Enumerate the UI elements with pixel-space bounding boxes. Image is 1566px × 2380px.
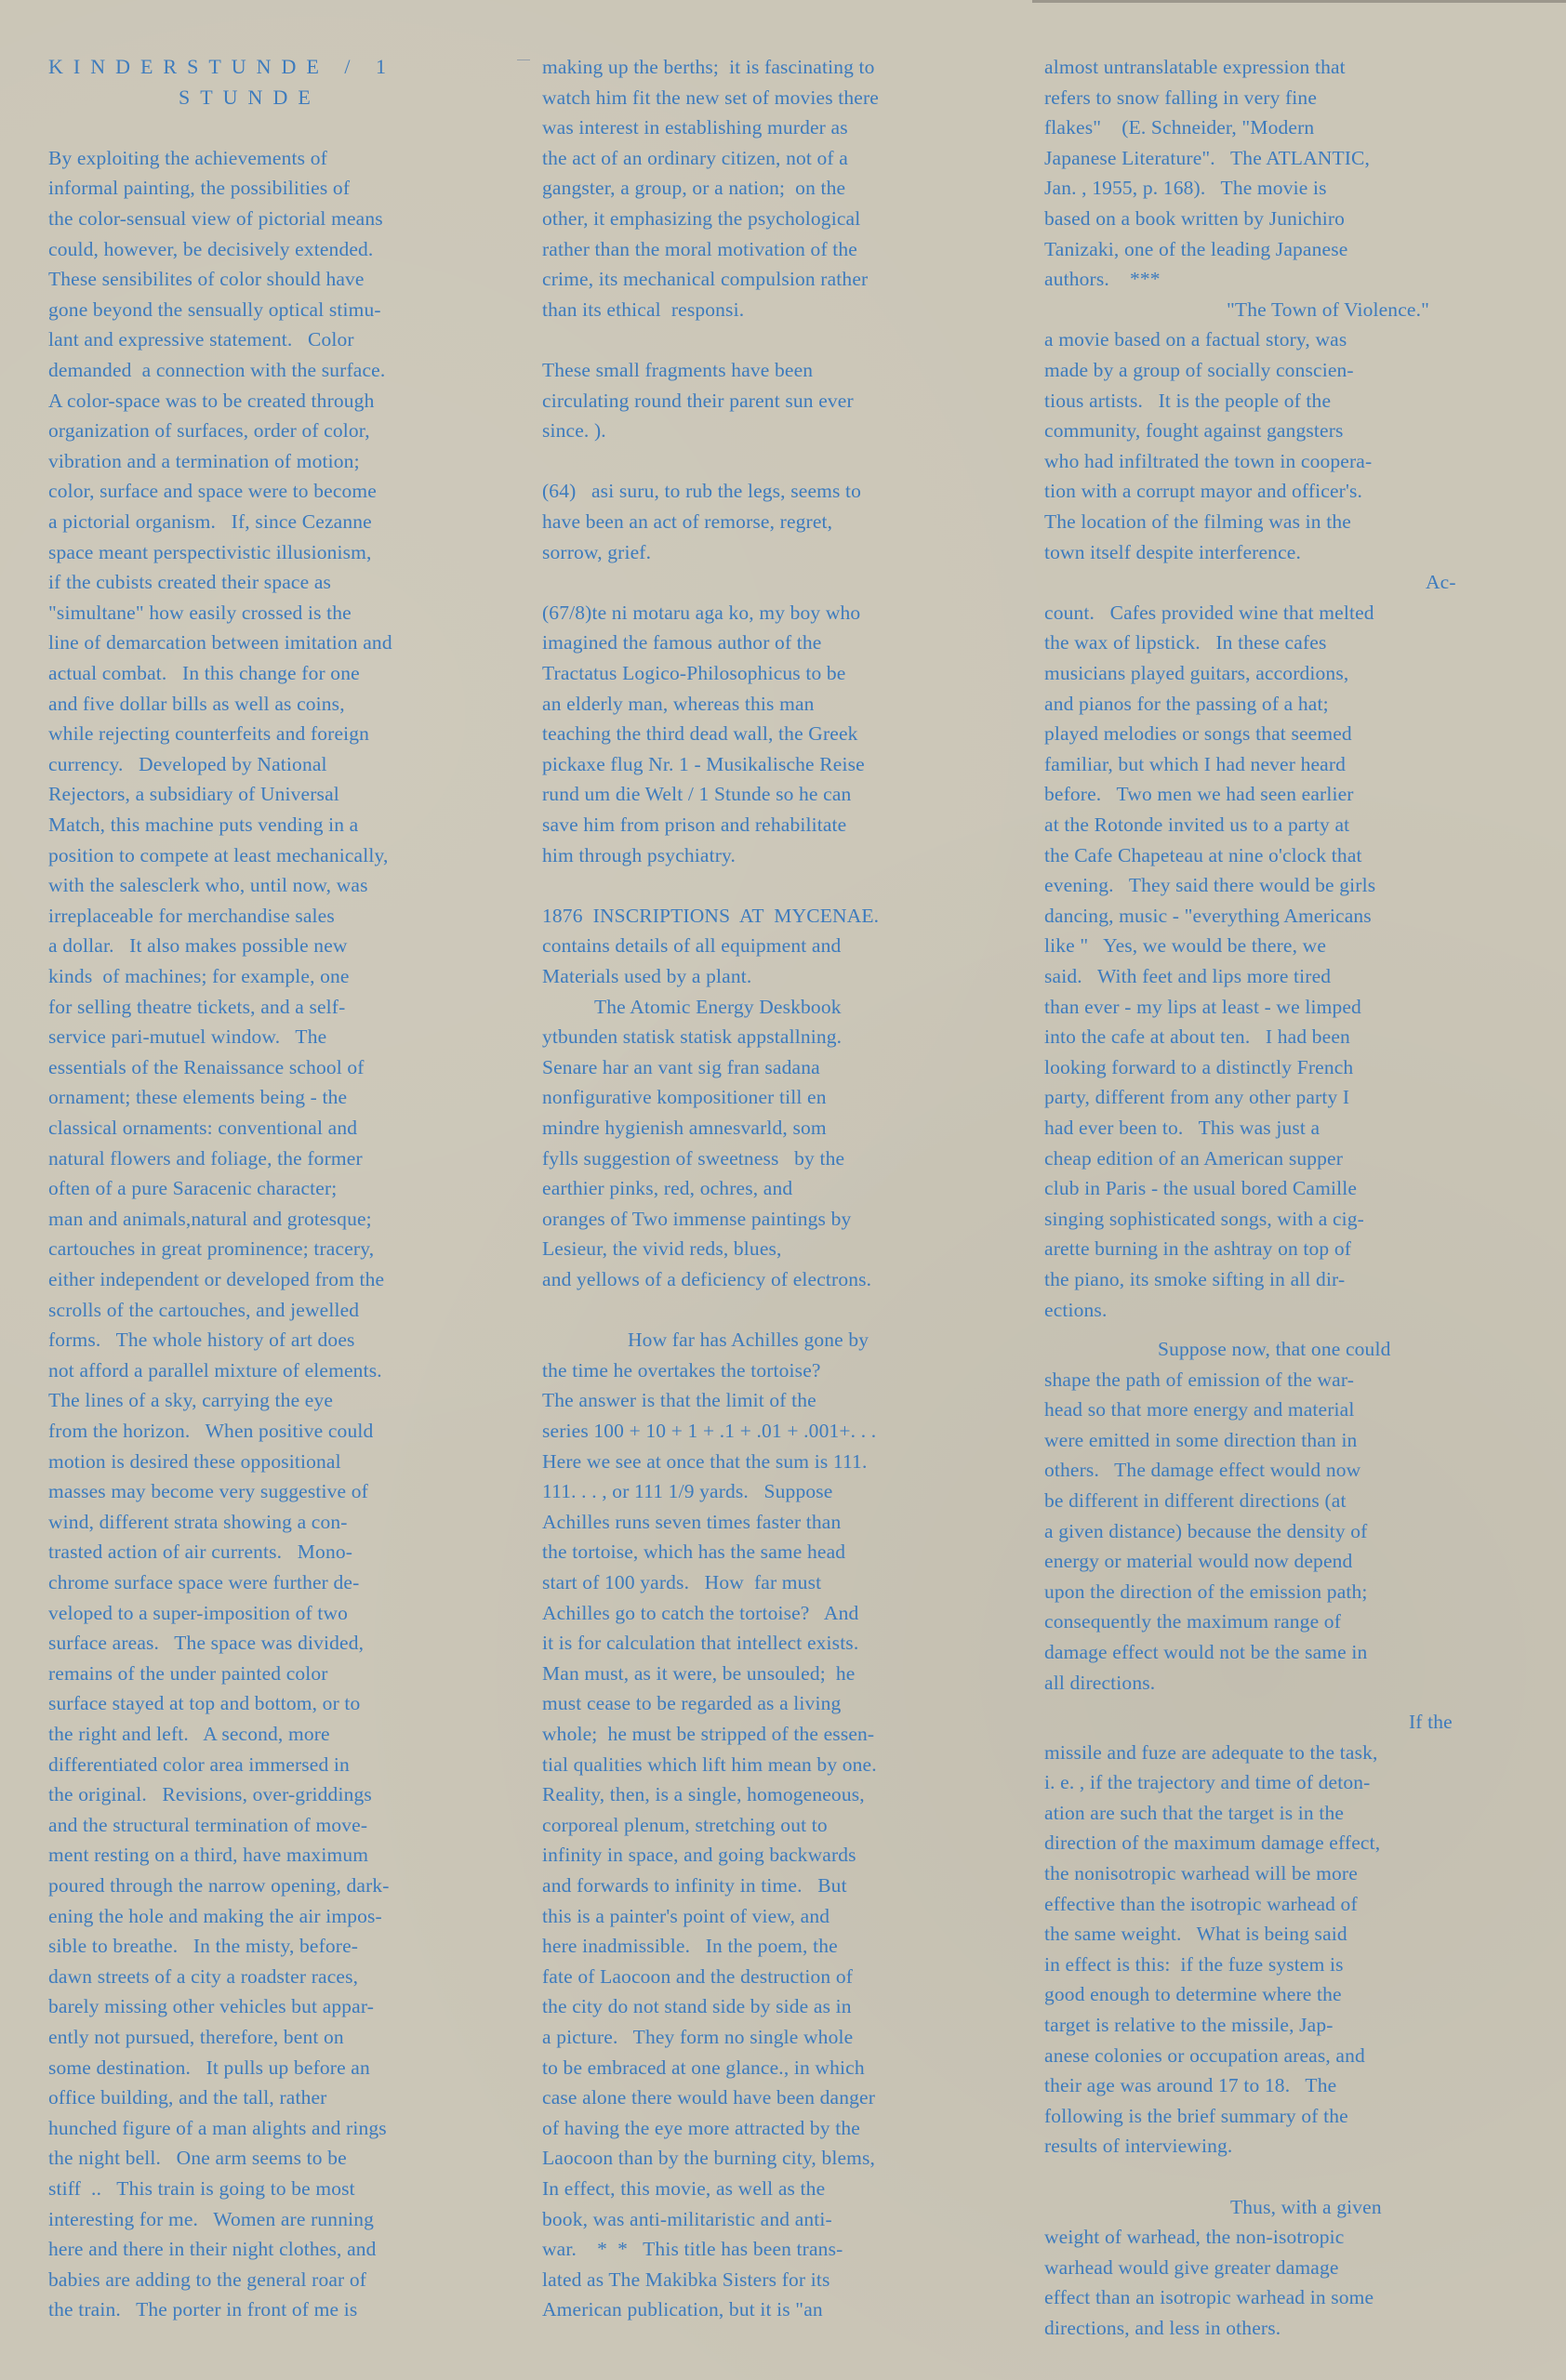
- text-line: whole; he must be stripped of the essen-: [542, 1719, 874, 1749]
- text-line: masses may become very suggestive of: [48, 1476, 368, 1506]
- text-line: "simultane" how easily crossed is the: [48, 598, 352, 628]
- text-line: missile and fuze are adequate to the tas…: [1044, 1738, 1378, 1767]
- text-line: a picture. They form no single whole: [542, 2022, 853, 2052]
- text-line: and five dollar bills as well as coins,: [48, 689, 345, 719]
- text-line: ation are such that the target is in the: [1044, 1798, 1344, 1828]
- text-line: looking forward to a distinctly French: [1044, 1052, 1353, 1082]
- text-line: demanded a connection with the surface.: [48, 355, 385, 385]
- text-line: here and there in their night clothes, a…: [48, 2234, 377, 2264]
- text-line: line of demarcation between imitation an…: [48, 628, 392, 657]
- text-line: before. Two men we had seen earlier: [1044, 779, 1354, 809]
- text-line: infinity in space, and going backwards: [542, 1840, 856, 1870]
- text-line: an elderly man, whereas this man: [542, 689, 815, 719]
- text-line: Reality, then, is a single, homogeneous,: [542, 1779, 865, 1809]
- text-line: (67/8)te ni motaru aga ko, my boy who: [542, 598, 860, 628]
- text-line: had ever been to. This was just a: [1044, 1113, 1320, 1143]
- text-line: since. ).: [542, 416, 606, 445]
- text-line: Tanizaki, one of the leading Japanese: [1044, 234, 1347, 264]
- text-line: energy or material would now depend: [1044, 1546, 1352, 1576]
- text-line: direction of the maximum damage effect,: [1044, 1828, 1380, 1858]
- text-line: arette burning in the ashtray on top of: [1044, 1234, 1351, 1263]
- text-line: ytbunden statisk statisk appstallning.: [542, 1022, 842, 1051]
- text-line: Achilles runs seven times faster than: [542, 1507, 841, 1537]
- text-line: cheap edition of an American supper: [1044, 1144, 1343, 1173]
- text-line: crime, its mechanical compulsion rather: [542, 264, 868, 294]
- text-line: in effect is this: if the fuze system is: [1044, 1950, 1344, 1979]
- text-line: of having the eye more attracted by the: [542, 2113, 860, 2143]
- text-line: chrome surface space were further de-: [48, 1567, 359, 1597]
- text-line: this is a painter's point of view, and: [542, 1901, 829, 1931]
- text-line: community, fought against gangsters: [1044, 416, 1344, 445]
- text-line: office building, and the tall, rather: [48, 2082, 327, 2112]
- text-line: the right and left. A second, more: [48, 1719, 330, 1749]
- text-line: fylls suggestion of sweetness by the: [542, 1144, 844, 1173]
- text-line: veloped to a super-imposition of two: [48, 1598, 348, 1628]
- text-line: The location of the filming was in the: [1044, 507, 1351, 536]
- text-line: These small fragments have been: [542, 355, 813, 385]
- text-line: lant and expressive statement. Color: [48, 324, 354, 354]
- text-line: the original. Revisions, over-griddings: [48, 1779, 372, 1809]
- text-line: service pari-mutuel window. The: [48, 1022, 326, 1051]
- text-line: effect than an isotropic warhead in some: [1044, 2282, 1374, 2312]
- text-line: making up the berths; it is fascinating …: [542, 52, 875, 82]
- text-line: If the: [1409, 1707, 1453, 1737]
- text-line: stiff .. This train is going to be most: [48, 2174, 355, 2203]
- text-line: the color-sensual view of pictorial mean…: [48, 204, 383, 233]
- text-line: were emitted in some direction than in: [1044, 1425, 1357, 1455]
- text-line: ections.: [1044, 1295, 1107, 1325]
- text-line: often of a pure Saracenic character;: [48, 1173, 337, 1203]
- text-line: A color-space was to be created through: [48, 386, 374, 416]
- text-line: informal painting, the possibilities of: [48, 173, 350, 203]
- text-line: interesting for me. Women are running: [48, 2204, 374, 2234]
- text-line: barely missing other vehicles but appar-: [48, 1991, 374, 2021]
- text-line: count. Cafes provided wine that melted: [1044, 598, 1374, 628]
- text-line: results of interviewing.: [1044, 2131, 1232, 2161]
- text-line: evening. They said there would be girls: [1044, 870, 1375, 900]
- text-line: American publication, but it is "an: [542, 2294, 823, 2324]
- text-line: teaching the third dead wall, the Greek: [542, 719, 858, 748]
- text-line: actual combat. In this change for one: [48, 658, 360, 688]
- text-line: a dollar. It also makes possible new: [48, 931, 348, 960]
- text-line: have been an act of remorse, regret,: [542, 507, 832, 536]
- text-line: differentiated color area immersed in: [48, 1750, 350, 1779]
- text-line: effective than the isotropic warhead of: [1044, 1889, 1358, 1919]
- text-line: scrolls of the cartouches, and jewelled: [48, 1295, 359, 1325]
- text-line: than ever - my lips at least - we limped: [1044, 992, 1361, 1022]
- text-line: wind, different strata showing a con-: [48, 1507, 348, 1537]
- page-title-line: STUNDE: [179, 83, 321, 112]
- text-line: the wax of lipstick. In these cafes: [1044, 628, 1326, 657]
- text-line: Lesieur, the vivid reds, blues,: [542, 1234, 782, 1263]
- text-line: space meant perspectivistic illusionism,: [48, 537, 372, 567]
- text-line: currency. Developed by National: [48, 749, 327, 779]
- text-line: cartouches in great prominence; tracery,: [48, 1234, 374, 1263]
- text-line: and the structural termination of move-: [48, 1810, 367, 1840]
- text-line: at the Rotonde invited us to a party at: [1044, 810, 1349, 840]
- text-line: a given distance) because the density of: [1044, 1516, 1367, 1546]
- text-line: Laocoon than by the burning city, blems,: [542, 2143, 875, 2173]
- text-line: singing sophisticated songs, with a cig-: [1044, 1204, 1364, 1234]
- text-line: poured through the narrow opening, dark-: [48, 1871, 390, 1900]
- text-line: dancing, music - "everything Americans: [1044, 901, 1372, 931]
- text-line: a movie based on a factual story, was: [1044, 324, 1347, 354]
- text-line: party, different from any other party I: [1044, 1082, 1349, 1112]
- text-line: series 100 + 10 + 1 + .1 + .01 + .001+. …: [542, 1416, 876, 1446]
- page-title-line: KINDERSTUNDE / 1: [48, 52, 396, 82]
- text-line: ment resting on a third, have maximum: [48, 1840, 368, 1870]
- text-line: authors. ***: [1044, 264, 1161, 294]
- text-line: Jan. , 1955, p. 168). The movie is: [1044, 173, 1327, 203]
- text-line: based on a book written by Junichiro: [1044, 204, 1345, 233]
- text-line: Achilles go to catch the tortoise? And: [542, 1598, 858, 1628]
- text-line: Here we see at once that the sum is 111.: [542, 1447, 868, 1476]
- text-line: the piano, its smoke sifting in all dir-: [1044, 1264, 1345, 1294]
- text-line: who had infiltrated the town in coopera-: [1044, 446, 1372, 476]
- text-line: town itself despite interference.: [1044, 537, 1301, 567]
- text-line: Suppose now, that one could: [1158, 1334, 1390, 1364]
- text-line: irreplaceable for merchandise sales: [48, 901, 335, 931]
- text-line: ently not pursued, therefore, bent on: [48, 2022, 344, 2052]
- text-line: the city do not stand side by side as in: [542, 1991, 852, 2021]
- text-line: following is the brief summary of the: [1044, 2101, 1348, 2131]
- text-line: good enough to determine where the: [1044, 1979, 1342, 2009]
- text-line: oranges of Two immense paintings by: [542, 1204, 851, 1234]
- text-line: club in Paris - the usual bored Camille: [1044, 1173, 1357, 1203]
- text-line: contains details of all equipment and: [542, 931, 841, 960]
- text-line: the train. The porter in front of me is: [48, 2294, 357, 2324]
- text-line: sible to breathe. In the misty, before-: [48, 1931, 358, 1961]
- text-line: How far has Achilles gone by: [628, 1325, 869, 1355]
- text-line: Senare har an vant sig fran sadana: [542, 1052, 820, 1082]
- text-line: their age was around 17 to 18. The: [1044, 2070, 1336, 2100]
- text-line: to be embraced at one glance., in which: [542, 2053, 865, 2082]
- text-line: fate of Laocoon and the destruction of: [542, 1962, 853, 1991]
- text-line: start of 100 yards. How far must: [542, 1567, 821, 1597]
- text-line: the nonisotropic warhead will be more: [1044, 1858, 1358, 1888]
- text-line: from the horizon. When positive could: [48, 1416, 373, 1446]
- text-line: sorrow, grief.: [542, 537, 651, 567]
- text-line: Rejectors, a subsidiary of Universal: [48, 779, 339, 809]
- text-line: some destination. It pulls up before an: [48, 2053, 370, 2082]
- text-line: motion is desired these oppositional: [48, 1447, 341, 1476]
- text-line: tial qualities which lift him mean by on…: [542, 1750, 877, 1779]
- text-line: man and animals,natural and grotesque;: [48, 1204, 372, 1234]
- text-line: Tractatus Logico-Philosophicus to be: [542, 658, 845, 688]
- text-line: shape the path of emission of the war-: [1044, 1365, 1354, 1395]
- text-line: tion with a corrupt mayor and officer's.: [1044, 476, 1362, 506]
- text-line: anese colonies or occupation areas, and: [1044, 2041, 1365, 2070]
- text-line: war. * * This title has been trans-: [542, 2234, 843, 2264]
- text-line: mindre hygienish amnesvarld, som: [542, 1113, 827, 1143]
- text-line: In effect, this movie, as well as the: [542, 2174, 825, 2203]
- text-line: pickaxe flug Nr. 1 - Musikalische Reise: [542, 749, 865, 779]
- text-line: forms. The whole history of art does: [48, 1325, 355, 1355]
- text-line: the time he overtakes the tortoise?: [542, 1355, 821, 1385]
- text-line: trasted action of air currents. Mono-: [48, 1537, 352, 1567]
- text-line: The answer is that the limit of the: [542, 1385, 816, 1415]
- text-line: circulating round their parent sun ever: [542, 386, 854, 416]
- text-line: ornament; these elements being - the: [48, 1082, 347, 1112]
- text-line: the night bell. One arm seems to be: [48, 2143, 347, 2173]
- text-line: musicians played guitars, accordions,: [1044, 658, 1348, 688]
- text-line: Materials used by a plant.: [542, 961, 751, 991]
- text-line: tious artists. It is the people of the: [1044, 386, 1331, 416]
- text-line: (64) asi suru, to rub the legs, seems to: [542, 476, 861, 506]
- text-line: upon the direction of the emission path;: [1044, 1577, 1368, 1606]
- text-line: here inadmissible. In the poem, the: [542, 1931, 838, 1961]
- text-line: corporeal plenum, stretching out to: [542, 1810, 828, 1840]
- text-line: for selling theatre tickets, and a self-: [48, 992, 345, 1022]
- text-line: either independent or developed from the: [48, 1264, 384, 1294]
- text-line: all directions.: [1044, 1668, 1155, 1698]
- text-line: Japanese Literature". The ATLANTIC,: [1044, 143, 1370, 173]
- text-line: and forwards to infinity in time. But: [542, 1871, 847, 1900]
- text-line: if the cubists created their space as: [48, 567, 331, 597]
- text-line: Match, this machine puts vending in a: [48, 810, 358, 840]
- text-line: Thus, with a given: [1230, 2192, 1382, 2222]
- column-margin-mark: [517, 59, 530, 60]
- text-line: rund um die Welt / 1 Stunde so he can: [542, 779, 851, 809]
- text-line: consequently the maximum range of: [1044, 1606, 1341, 1636]
- text-line: warhead would give greater damage: [1044, 2253, 1339, 2282]
- text-line: the Cafe Chapeteau at nine o'clock that: [1044, 840, 1362, 870]
- text-line: than its ethical responsi.: [542, 295, 744, 324]
- text-line: essentials of the Renaissance school of: [48, 1052, 365, 1082]
- text-line: played melodies or songs that seemed: [1044, 719, 1352, 748]
- text-line: imagined the famous author of the: [542, 628, 822, 657]
- text-line: surface areas. The space was divided,: [48, 1628, 364, 1658]
- text-line: head so that more energy and material: [1044, 1395, 1355, 1424]
- text-line: a pictorial organism. If, since Cezanne: [48, 507, 372, 536]
- text-line: him through psychiatry.: [542, 840, 736, 870]
- text-line: The lines of a sky, carrying the eye: [48, 1385, 333, 1415]
- text-line: it is for calculation that intellect exi…: [542, 1628, 858, 1658]
- text-line: lated as The Makibka Sisters for its: [542, 2265, 830, 2294]
- text-line: the tortoise, which has the same head: [542, 1537, 845, 1567]
- document-page: KINDERSTUNDE / 1STUNDEBy exploiting the …: [0, 0, 1566, 2380]
- text-line: others. The damage effect would now: [1044, 1455, 1360, 1485]
- text-line: color, surface and space were to become: [48, 476, 377, 506]
- text-line: Ac-: [1426, 567, 1456, 597]
- text-line: could, however, be decisively extended.: [48, 234, 373, 264]
- text-line: 111. . . , or 111 1/9 yards. Suppose: [542, 1476, 832, 1506]
- text-line: the act of an ordinary citizen, not of a: [542, 143, 848, 173]
- text-line: 1876 INSCRIPTIONS AT MYCENAE.: [542, 901, 879, 931]
- page-edge: [1032, 0, 1566, 3]
- text-line: watch him fit the new set of movies ther…: [542, 83, 879, 112]
- text-line: the same weight. What is being said: [1044, 1919, 1347, 1949]
- text-line: gone beyond the sensually optical stimu-: [48, 295, 381, 324]
- text-line: and yellows of a deficiency of electrons…: [542, 1264, 871, 1294]
- text-line: familiar, but which I had never heard: [1044, 749, 1346, 779]
- text-line: damage effect would not be the same in: [1044, 1637, 1367, 1667]
- text-line: vibration and a termination of motion;: [48, 446, 360, 476]
- text-line: By exploiting the achievements of: [48, 143, 327, 173]
- text-line: weight of warhead, the non-isotropic: [1044, 2222, 1344, 2252]
- text-line: remains of the under painted color: [48, 1659, 328, 1688]
- text-line: gangster, a group, or a nation; on the: [542, 173, 845, 203]
- text-line: into the cafe at about ten. I had been: [1044, 1022, 1350, 1051]
- text-line: dawn streets of a city a roadster races,: [48, 1962, 358, 1991]
- text-line: made by a group of socially conscien-: [1044, 355, 1354, 385]
- text-line: nonfigurative kompositioner till en: [542, 1082, 827, 1112]
- text-line: rather than the moral motivation of the: [542, 234, 857, 264]
- text-line: save him from prison and rehabilitate: [542, 810, 846, 840]
- text-line: kinds of machines; for example, one: [48, 961, 350, 991]
- text-line: babies are adding to the general roar of: [48, 2265, 366, 2294]
- text-line: book, was anti-militaristic and anti-: [542, 2204, 832, 2234]
- text-line: natural flowers and foliage, the former: [48, 1144, 363, 1173]
- text-line: must cease to be regarded as a living: [542, 1688, 841, 1718]
- text-line: organization of surfaces, order of color…: [48, 416, 370, 445]
- text-line: flakes" (E. Schneider, "Modern: [1044, 112, 1314, 142]
- text-line: with the salesclerk who, until now, was: [48, 870, 368, 900]
- text-line: almost untranslatable expression that: [1044, 52, 1346, 82]
- text-line: These sensibilites of color should have: [48, 264, 365, 294]
- text-line: ening the hole and making the air impos-: [48, 1901, 382, 1931]
- text-line: directions, and less in others.: [1044, 2313, 1281, 2343]
- text-line: said. With feet and lips more tired: [1044, 961, 1331, 991]
- text-line: hunched figure of a man alights and ring…: [48, 2113, 387, 2143]
- text-line: position to compete at least mechanicall…: [48, 840, 389, 870]
- text-line: be different in different directions (at: [1044, 1486, 1347, 1515]
- text-line: earthier pinks, red, ochres, and: [542, 1173, 792, 1203]
- text-line: classical ornaments: conventional and: [48, 1113, 357, 1143]
- text-line: Man must, as it were, be unsouled; he: [542, 1659, 856, 1688]
- text-line: not afford a parallel mixture of element…: [48, 1355, 382, 1385]
- text-line: other, it emphasizing the psychological: [542, 204, 860, 233]
- text-line: surface stayed at top and bottom, or to: [48, 1688, 360, 1718]
- text-line: target is relative to the missile, Jap-: [1044, 2010, 1334, 2040]
- text-line: was interest in establishing murder as: [542, 112, 848, 142]
- text-line: i. e. , if the trajectory and time of de…: [1044, 1767, 1370, 1797]
- text-line: The Atomic Energy Deskbook: [594, 992, 842, 1022]
- text-line: like " Yes, we would be there, we: [1044, 931, 1326, 960]
- text-line: and pianos for the passing of a hat;: [1044, 689, 1329, 719]
- text-line: while rejecting counterfeits and foreign: [48, 719, 369, 748]
- text-line: refers to snow falling in very fine: [1044, 83, 1317, 112]
- text-line: case alone there would have been danger: [542, 2082, 875, 2112]
- text-line: "The Town of Violence.": [1227, 295, 1429, 324]
